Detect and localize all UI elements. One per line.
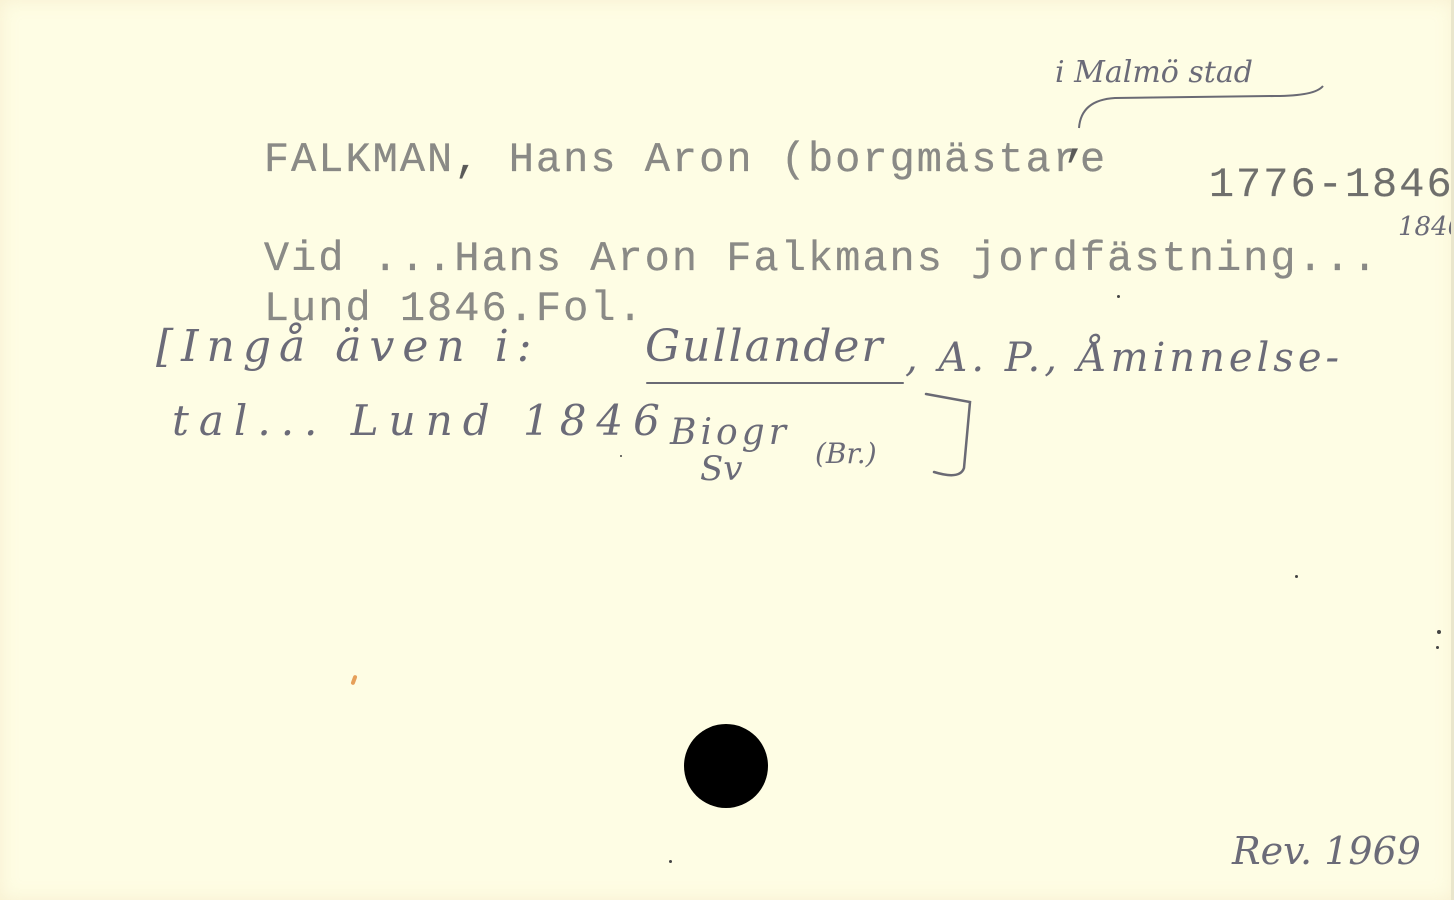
speck [669,860,672,863]
speck [1436,646,1439,649]
heading-comma: , [454,136,481,184]
author-underline [646,382,904,384]
note-ref-top: Biogr [670,415,790,451]
note-ref-paren: (Br.) [815,440,877,468]
heading-title: (borgmästare [781,136,1107,184]
heading-given-names: Hans Aron [509,136,754,184]
heading-surname: FALKMAN [264,136,454,184]
speck [1117,295,1120,298]
insertion-arc-icon [1075,84,1335,134]
note-line1-prefix: [Ingå även i: [156,325,540,369]
punch-hole [684,724,768,808]
speck [620,455,622,457]
speck [1437,630,1441,634]
speck [1295,575,1298,578]
catalog-card: FALKMAN, Hans Aron (borgmästare , 1776-1… [0,0,1454,900]
closing-bracket-icon [920,388,980,488]
handwritten-year: 1846. [1398,214,1454,240]
note-ref-bottom: Sv [700,452,743,486]
note-author: Gullander [645,325,884,369]
stain-mark [350,675,357,686]
note-line1-suffix: , A. P., Åminnelse- [905,338,1343,378]
note-line2: tal... Lund 1846 [172,400,670,442]
revision-note: Rev. 1969 [1232,832,1421,870]
